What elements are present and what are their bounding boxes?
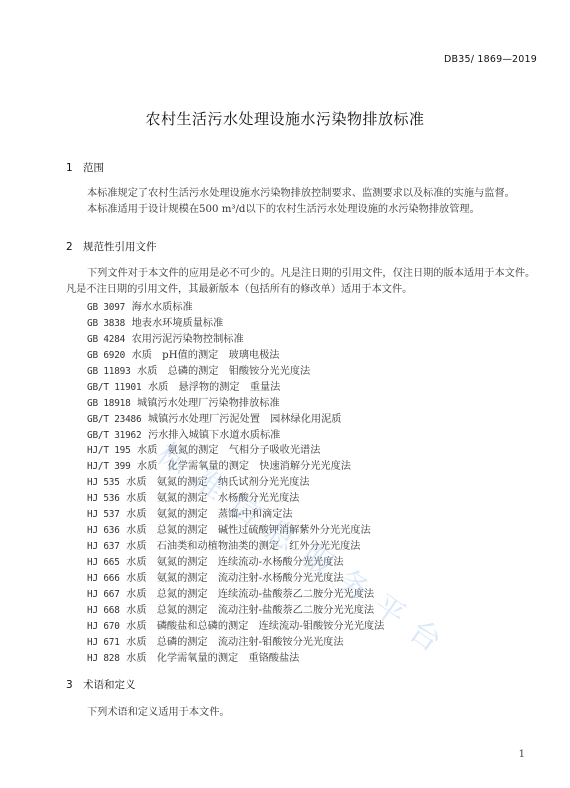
section-number: 1: [66, 162, 83, 174]
reference-title: 城镇污水处理厂污泥处置 园林绿化用泥质: [148, 414, 342, 425]
reference-code: GB 6920: [87, 350, 125, 361]
reference-title: 地表水环境质量标准: [132, 318, 224, 329]
reference-title: 水质 总氮的测定 流动注射-盐酸萘乙二胺分光光度法: [126, 605, 374, 616]
reference-title: 水质 氨氮的测定 水杨酸分光光度法: [126, 493, 299, 504]
reference-item: HJ 828 水质 化学需氧量的测定 重铬酸盐法: [87, 651, 384, 667]
section-number: 3: [66, 679, 83, 691]
reference-code: HJ 537: [87, 509, 120, 520]
reference-title: 水质 总氮的测定 连续流动-盐酸萘乙二胺分光光度法: [126, 589, 374, 600]
reference-title: 水质 总磷的测定 流动注射-钼酸铵分光光度法: [126, 637, 343, 648]
document-title: 农村生活污水处理设施水污染物排放标准: [0, 108, 570, 129]
reference-item: HJ 537 水质 氨氮的测定 蒸馏-中和滴定法: [87, 507, 384, 523]
reference-list: GB 3097 海水水质标准 GB 3838 地表水环境质量标准 GB 4284…: [87, 300, 384, 667]
reference-code: HJ 670: [87, 621, 120, 632]
paragraph: 下列术语和定义适用于本文件。: [66, 705, 550, 721]
reference-code: GB/T 11901: [87, 382, 141, 393]
reference-item: HJ 671 水质 总磷的测定 流动注射-钼酸铵分光光度法: [87, 635, 384, 651]
reference-code: HJ 636: [87, 525, 120, 536]
reference-title: 水质 化学需氧量的测定 重铬酸盐法: [126, 653, 299, 664]
reference-code: GB 18918: [87, 398, 131, 409]
document-code: DB35/ 1869—2019: [444, 54, 537, 65]
reference-code: HJ 665: [87, 557, 120, 568]
reference-title: 水质 磷酸盐和总磷的测定 连续流动-钼酸铵分光光度法: [126, 621, 384, 632]
reference-title: 水质 氨氮的测定 蒸馏-中和滴定法: [126, 509, 292, 520]
reference-title: 城镇污水处理厂污染物排放标准: [137, 398, 280, 409]
reference-item: GB/T 11901 水质 悬浮物的测定 重量法: [87, 380, 384, 396]
paragraph: 本标准适用于设计规模在500 m³/d以下的农村生活污水处理设施的水污染物排放管…: [66, 202, 550, 218]
section-title: 术语和定义: [83, 679, 136, 691]
section-heading-scope: 1范围: [66, 160, 104, 175]
reference-item: HJ/T 195 水质 氨氮的测定 气相分子吸收光谱法: [87, 443, 384, 459]
reference-item: HJ 665 水质 氨氮的测定 连续流动-水杨酸分光光度法: [87, 555, 384, 571]
reference-code: GB 4284: [87, 334, 125, 345]
reference-title: 水质 总氮的测定 碱性过硫酸钾消解紫外分光光度法: [126, 525, 371, 536]
reference-item: HJ 667 水质 总氮的测定 连续流动-盐酸萘乙二胺分光光度法: [87, 587, 384, 603]
reference-code: GB 3097: [87, 302, 125, 313]
reference-title: 农用污泥污染物控制标准: [132, 334, 244, 345]
reference-item: GB 4284 农用污泥污染物控制标准: [87, 332, 384, 348]
terms-paragraph: 下列术语和定义适用于本文件。: [66, 705, 550, 721]
section-title: 规范性引用文件: [83, 241, 157, 253]
reference-title: 海水水质标准: [132, 302, 193, 313]
reference-title: 水质 化学需氧量的测定 快速消解分光光度法: [137, 461, 351, 472]
reference-item: GB 11893 水质 总磷的测定 钼酸铵分光光度法: [87, 364, 384, 380]
reference-item: HJ 636 水质 总氮的测定 碱性过硫酸钾消解紫外分光光度法: [87, 523, 384, 539]
reference-title: 水质 氨氮的测定 连续流动-水杨酸分光光度法: [126, 557, 343, 568]
reference-code: GB 3838: [87, 318, 125, 329]
reference-item: GB/T 31962 污水排入城镇下水道水质标准: [87, 428, 384, 444]
reference-item: HJ 670 水质 磷酸盐和总磷的测定 连续流动-钼酸铵分光光度法: [87, 619, 384, 635]
reference-item: HJ 666 水质 氨氮的测定 流动注射-水杨酸分光光度法: [87, 571, 384, 587]
reference-item: GB 3838 地表水环境质量标准: [87, 316, 384, 332]
reference-item: GB/T 23486 城镇污水处理厂污泥处置 园林绿化用泥质: [87, 412, 384, 428]
reference-item: GB 18918 城镇污水处理厂污染物排放标准: [87, 396, 384, 412]
reference-item: GB 3097 海水水质标准: [87, 300, 384, 316]
reference-item: HJ 637 水质 石油类和动植物油类的测定 红外分光光度法: [87, 539, 384, 555]
paragraph: 本标准规定了农村生活污水处理设施水污染物排放控制要求、监测要求以及标准的实施与监…: [66, 186, 550, 202]
reference-code: HJ/T 399: [87, 461, 131, 472]
section-number: 2: [66, 241, 83, 253]
reference-item: GB 6920 水质 pH值的测定 玻璃电极法: [87, 348, 384, 364]
reference-code: HJ 828: [87, 653, 120, 664]
reference-title: 水质 悬浮物的测定 重量法: [148, 382, 280, 393]
reference-code: HJ 668: [87, 605, 120, 616]
reference-code: GB 11893: [87, 366, 131, 377]
reference-item: HJ 536 水质 氨氮的测定 水杨酸分光光度法: [87, 491, 384, 507]
reference-item: HJ 668 水质 总氮的测定 流动注射-盐酸萘乙二胺分光光度法: [87, 603, 384, 619]
reference-code: HJ 637: [87, 541, 120, 552]
scope-paragraphs: 本标准规定了农村生活污水处理设施水污染物排放控制要求、监测要求以及标准的实施与监…: [66, 186, 550, 218]
section-heading-terms-definitions: 3术语和定义: [66, 677, 136, 692]
reference-title: 水质 氨氮的测定 流动注射-水杨酸分光光度法: [126, 573, 343, 584]
reference-item: HJ/T 399 水质 化学需氧量的测定 快速消解分光光度法: [87, 459, 384, 475]
reference-title: 污水排入城镇下水道水质标准: [148, 430, 280, 441]
reference-code: HJ/T 195: [87, 445, 131, 456]
reference-title: 水质 氨氮的测定 纳氏试剂分光光度法: [126, 477, 309, 488]
reference-title: 水质 氨氮的测定 气相分子吸收光谱法: [137, 445, 320, 456]
page-number: 1: [519, 749, 525, 760]
section-title: 范围: [83, 162, 104, 174]
paragraph-line: 下列文件对于本文件的应用是必不可少的。凡是注日期的引用文件，仅注日期的版本适用于…: [66, 266, 550, 282]
reference-code: HJ 671: [87, 637, 120, 648]
reference-title: 水质 石油类和动植物油类的测定 红外分光光度法: [126, 541, 360, 552]
reference-item: HJ 535 水质 氨氮的测定 纳氏试剂分光光度法: [87, 475, 384, 491]
reference-code: HJ 536: [87, 493, 120, 504]
section-heading-normative-references: 2规范性引用文件: [66, 239, 157, 254]
paragraph-line: 凡是不注日期的引用文件，其最新版本（包括所有的修改单）适用于本文件。: [66, 282, 550, 298]
reference-title: 水质 pH值的测定 玻璃电极法: [132, 350, 280, 361]
reference-code: GB/T 23486: [87, 414, 141, 425]
references-intro: 下列文件对于本文件的应用是必不可少的。凡是注日期的引用文件，仅注日期的版本适用于…: [66, 266, 550, 298]
reference-code: GB/T 31962: [87, 430, 141, 441]
reference-title: 水质 总磷的测定 钼酸铵分光光度法: [137, 366, 310, 377]
reference-code: HJ 535: [87, 477, 120, 488]
reference-code: HJ 666: [87, 573, 120, 584]
reference-code: HJ 667: [87, 589, 120, 600]
